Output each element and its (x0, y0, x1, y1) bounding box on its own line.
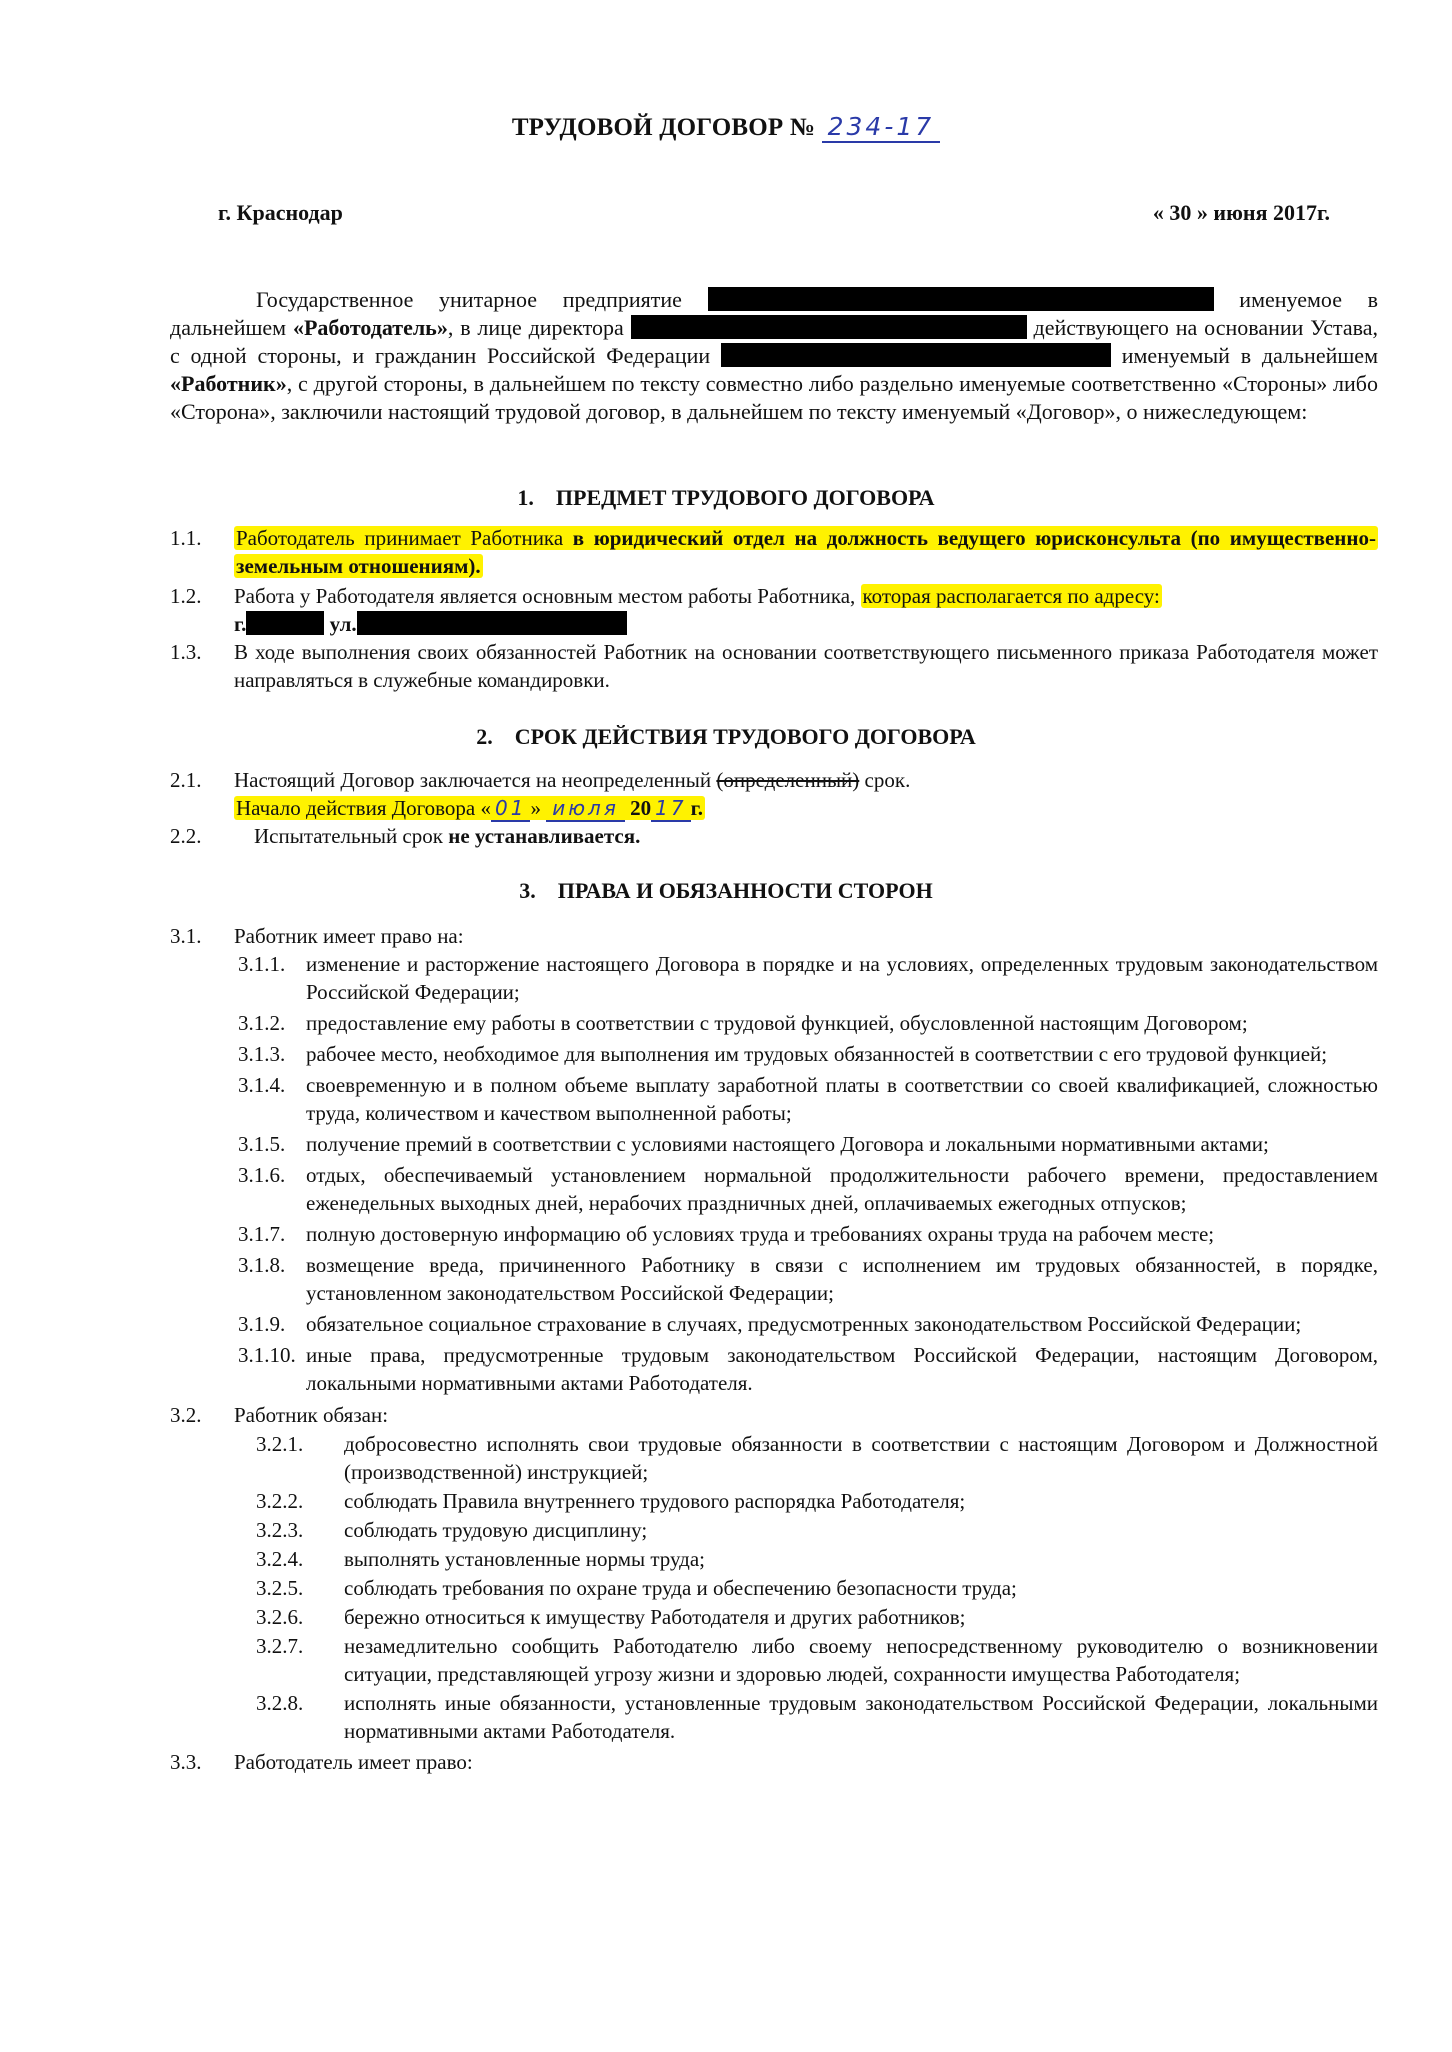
duty-item: 3.2.5.соблюдать требования по охране тру… (256, 1574, 1378, 1602)
clause-number: 3.2.2. (256, 1487, 303, 1515)
clause-number: 3.2.4. (256, 1545, 303, 1573)
redacted-city (246, 611, 324, 635)
city: г. Краснодар (218, 200, 343, 226)
clause-number: 3.1.5. (238, 1130, 285, 1158)
duty-item: 3.2.7.незамедлительно сообщить Работодат… (256, 1632, 1378, 1688)
duty-item: 3.2.4.выполнять установленные нормы труд… (256, 1545, 1378, 1573)
duty-item: 3.2.1.добросовестно исполнять свои трудо… (256, 1430, 1378, 1486)
right-item: 3.1.1.изменение и расторжение настоящего… (238, 950, 1378, 1006)
right-item: 3.1.9.обязательное социальное страховани… (238, 1310, 1378, 1338)
redacted-employee-name (721, 343, 1111, 367)
right-item: 3.1.3.рабочее место, необходимое для вып… (238, 1040, 1378, 1068)
clause-number: 3.1.4. (238, 1071, 285, 1099)
clause-text: иные права, предусмотренные трудовым зак… (306, 1341, 1378, 1397)
clause-number: 3.1.8. (238, 1251, 285, 1279)
clause-text: незамедлительно сообщить Работодателю ли… (344, 1632, 1378, 1688)
clause-text: соблюдать Правила внутреннего трудового … (344, 1487, 1378, 1515)
clause-text: соблюдать требования по охране труда и о… (344, 1574, 1378, 1602)
handwritten-start-year: 17 (651, 796, 690, 822)
clause-number: 3.1.6. (238, 1161, 285, 1189)
clause-number: 3.1.3. (238, 1040, 285, 1068)
clause-text: возмещение вреда, причиненного Работнику… (306, 1251, 1378, 1307)
clause-1-1: 1.1. Работодатель принимает Работника в … (170, 524, 1378, 580)
section-1-heading: 1.ПРЕДМЕТ ТРУДОВОГО ДОГОВОРА (0, 485, 1452, 511)
struck-out-term: (определенный) (716, 768, 859, 792)
duty-item: 3.2.6.бережно относиться к имуществу Раб… (256, 1603, 1378, 1631)
clause-3-2: 3.2. Работник обязан: (170, 1401, 1378, 1429)
clause-number: 3.2.6. (256, 1603, 303, 1631)
clause-number: 3.2.5. (256, 1574, 303, 1602)
clause-text: добросовестно исполнять свои трудовые об… (344, 1430, 1378, 1486)
preamble: Государственное унитарное предприятие им… (170, 286, 1378, 426)
clause-number: 3.2.8. (256, 1689, 303, 1717)
title-text: ТРУДОВОЙ ДОГОВОР № (512, 114, 815, 141)
clause-2-2: 2.2. Испытательный срок не устанавливает… (170, 822, 1378, 850)
right-item: 3.1.2.предоставление ему работы в соотве… (238, 1009, 1378, 1037)
redacted-employer-name (708, 287, 1214, 311)
duty-item: 3.2.2.соблюдать Правила внутреннего труд… (256, 1487, 1378, 1515)
redacted-director-name (631, 315, 1027, 339)
handwritten-start-day: 01 (491, 796, 530, 822)
redacted-street (357, 611, 627, 635)
right-item: 3.1.4.своевременную и в полном объеме вы… (238, 1071, 1378, 1127)
clause-number: 3.2.3. (256, 1516, 303, 1544)
right-item: 3.1.5.получение премий в соответствии с … (238, 1130, 1378, 1158)
handwritten-contract-number: 234-17 (822, 112, 941, 143)
duty-item: 3.2.3.соблюдать трудовую дисциплину; (256, 1516, 1378, 1544)
clause-3-3: 3.3. Работодатель имеет право: (170, 1748, 1378, 1776)
clause-3-1: 3.1. Работник имеет право на: (170, 922, 1378, 950)
clause-number: 3.1.1. (238, 950, 285, 978)
clause-number: 3.2.7. (256, 1632, 303, 1660)
highlighted-address-label: которая располагается по адресу: (861, 584, 1162, 608)
clause-text: отдых, обеспечиваемый установлением норм… (306, 1161, 1378, 1217)
contract-date: « 30 » июня 2017г. (1153, 200, 1330, 226)
clause-text: обязательное социальное страхование в сл… (306, 1310, 1378, 1338)
clause-text: соблюдать трудовую дисциплину; (344, 1516, 1378, 1544)
clause-number: 3.2.1. (256, 1430, 303, 1458)
highlighted-position: Работодатель принимает Работника в юриди… (234, 526, 1378, 578)
document-title: ТРУДОВОЙ ДОГОВОР № 234-17 (0, 112, 1452, 142)
clause-text: выполнять установленные нормы труда; (344, 1545, 1378, 1573)
clause-number: 3.1.10. (238, 1341, 296, 1369)
clause-1-3: 1.3. В ходе выполнения своих обязанносте… (170, 638, 1378, 694)
section-3-heading: 3.ПРАВА И ОБЯЗАННОСТИ СТОРОН (0, 878, 1452, 904)
highlighted-start-date: Начало действия Договора «01» июля 2017г… (234, 796, 705, 820)
clause-text: своевременную и в полном объеме выплату … (306, 1071, 1378, 1127)
clause-1-2: 1.2. Работа у Работодателя является осно… (170, 582, 1378, 638)
contract-page: ТРУДОВОЙ ДОГОВОР № 234-17 г. Краснодар «… (0, 0, 1452, 2052)
clause-text: полную достоверную информацию об условия… (306, 1220, 1378, 1248)
duty-item: 3.2.8.исполнять иные обязанности, устано… (256, 1689, 1378, 1745)
section-2-heading: 2.СРОК ДЕЙСТВИЯ ТРУДОВОГО ДОГОВОРА (0, 724, 1452, 750)
clause-2-1: 2.1. Настоящий Договор заключается на не… (170, 766, 1378, 822)
right-item: 3.1.10.иные права, предусмотренные трудо… (238, 1341, 1378, 1397)
clause-text: получение премий в соответствии с услови… (306, 1130, 1378, 1158)
handwritten-start-month: июля (546, 796, 625, 822)
clause-text: рабочее место, необходимое для выполнени… (306, 1040, 1378, 1068)
right-item: 3.1.7.полную достоверную информацию об у… (238, 1220, 1378, 1248)
clause-text: предоставление ему работы в соответствии… (306, 1009, 1378, 1037)
right-item: 3.1.8.возмещение вреда, причиненного Раб… (238, 1251, 1378, 1307)
right-item: 3.1.6.отдых, обеспечиваемый установление… (238, 1161, 1378, 1217)
clause-number: 3.1.7. (238, 1220, 285, 1248)
clause-number: 3.1.2. (238, 1009, 285, 1037)
clause-text: изменение и расторжение настоящего Догов… (306, 950, 1378, 1006)
clause-text: бережно относиться к имуществу Работодат… (344, 1603, 1378, 1631)
clause-number: 3.1.9. (238, 1310, 285, 1338)
clause-text: исполнять иные обязанности, установленны… (344, 1689, 1378, 1745)
